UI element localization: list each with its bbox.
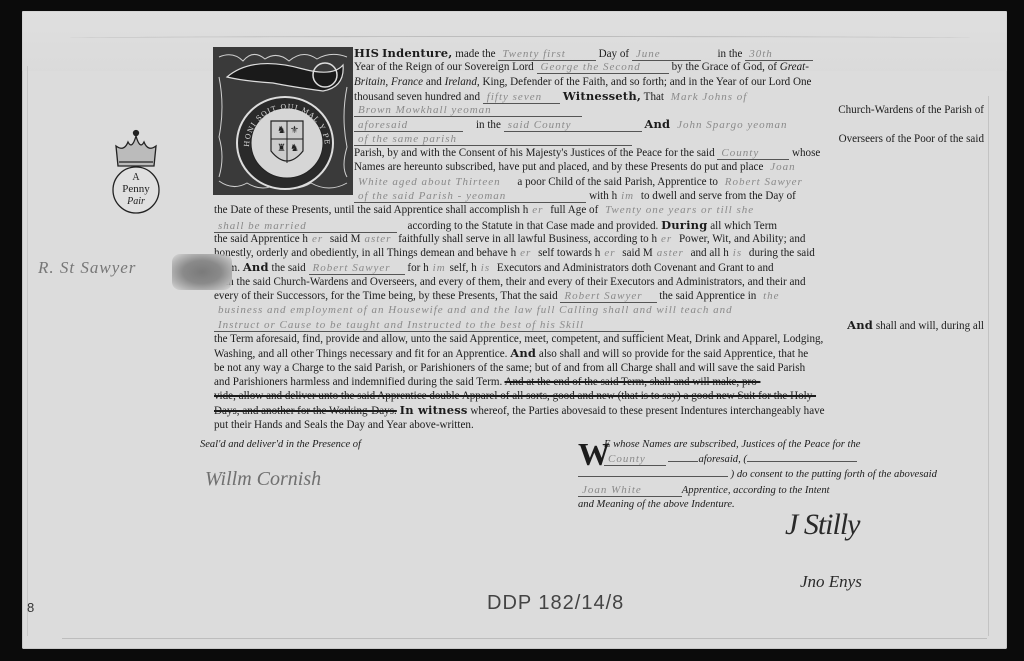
handwritten-instruction-clause: Instruct or Cause to be taught and Instr…: [214, 319, 644, 332]
handwritten-warden-residence: Brown Mowkhall yeoman: [354, 104, 582, 117]
text-line-1: HIS Indenture, made the Twenty first Day…: [214, 46, 984, 60]
handwritten-year: fifty seven: [483, 91, 560, 104]
handwritten-master-residence: of the said Parish - yeoman: [354, 190, 586, 203]
handwritten-day: Twenty first: [498, 48, 595, 61]
text-line-20: Instruct or Cause to be taught and Instr…: [214, 318, 984, 332]
struck-through-apparel-clause: And at the end of the said Term, shall a…: [505, 376, 761, 388]
text-line-26: Days, and another for the Working-Days. …: [214, 403, 984, 417]
page-number: 8: [27, 600, 34, 615]
text-line-7: of the same parish Overseers of the Poor…: [214, 132, 984, 146]
handwritten-parish: aforesaid: [354, 119, 463, 132]
text-line-2: Year of the Reign of our Sovereign Lord …: [214, 60, 984, 74]
handwritten-warden-name: Mark Johns of: [667, 91, 752, 103]
text-line-3: Britain, France and Ireland, King, Defen…: [214, 75, 984, 89]
fold-line-top: [70, 36, 970, 40]
svg-text:Penny: Penny: [122, 183, 150, 195]
text-line-23: be not any way a Charge to the said Pari…: [214, 361, 984, 375]
text-line-21: the Term aforesaid, find, provide and al…: [214, 332, 984, 346]
justices-consent-block: W E whose Names are subscribed, Justices…: [578, 438, 953, 512]
handwritten-apprentice-first-name: Joan: [766, 161, 799, 173]
text-line-19: business and employment of an Housewife …: [214, 303, 984, 317]
handwritten-sovereign: George the Second: [537, 61, 669, 74]
fold-line-right: [988, 96, 989, 636]
archive-reference-number: DDP 182/14/8: [487, 592, 624, 615]
svg-text:Pair: Pair: [126, 196, 145, 207]
text-line-17: with the said Church-Wardens and Oversee…: [214, 275, 984, 289]
text-line-14: the said Apprentice her said Master fait…: [214, 232, 984, 246]
fold-line-left: [27, 66, 28, 636]
text-line-9: Names are hereunto subscribed, have put …: [214, 160, 984, 174]
text-line-13: shall be married according to the Statut…: [214, 218, 984, 232]
text-line-15: honestly, orderly and obediently, in all…: [214, 246, 984, 260]
handwritten-month: June: [632, 48, 701, 61]
text-line-22: Washing, and all other Things necessary …: [214, 346, 984, 360]
text-line-11: of the said Parish - yeoman with him to …: [214, 189, 984, 203]
text-line-4: thousand seven hundred and fifty seven W…: [214, 89, 984, 103]
text-line-16: Term. And the said Robert Sawyer for him…: [214, 260, 984, 274]
witness-signature: Willm Cornish: [205, 468, 321, 491]
svg-text:A: A: [132, 172, 140, 183]
margin-signature: R. St Sawyer: [38, 258, 136, 278]
handwritten-county: said County: [504, 119, 642, 132]
text-line-10: White aged about Thirteen a poor Child o…: [214, 175, 984, 189]
wax-seal: [172, 254, 232, 290]
justice-signature-1: J Stilly: [785, 508, 859, 542]
text-line-25: vide, allow and deliver unto the said Ap…: [214, 389, 984, 403]
text-line-24: and Parishioners harmless and indemnifie…: [214, 375, 984, 389]
text-line-27: put their Hands and Seals the Day and Ye…: [214, 418, 984, 432]
text-line-18: every of their Successors, for the Time …: [214, 289, 984, 303]
text-line-5: Brown Mowkhall yeoman Church-Wardens of …: [214, 103, 984, 117]
text-line-6: aforesaid in the said County And John Sp…: [214, 117, 984, 131]
justices-initial-w: W: [578, 439, 610, 469]
fold-line-bottom: [62, 638, 987, 639]
text-line-8: Parish, by and with the Consent of his M…: [214, 146, 984, 160]
crown-icon: [116, 131, 156, 167]
indenture-body-text: HIS Indenture, made the Twenty first Day…: [214, 46, 984, 432]
penny-pair-tax-stamp: A Penny Pair: [110, 128, 162, 216]
handwritten-term-age: Twenty one years or till she: [601, 204, 758, 216]
text-line-12: the Date of these Presents, until the sa…: [214, 203, 984, 217]
handwritten-master-name: Robert Sawyer: [721, 176, 807, 188]
handwritten-apprentice-name-age: White aged about Thirteen: [354, 176, 505, 188]
witness-label: Seal'd and deliver'd in the Presence of: [200, 439, 361, 450]
handwritten-apprentice-name: Joan White: [578, 484, 682, 497]
handwritten-overseer-parish: of the same parish: [354, 133, 632, 146]
justice-signature-2: Jno Enys: [800, 572, 862, 592]
handwritten-overseer-name: John Spargo yeoman: [673, 119, 791, 131]
handwritten-regnal-year: 30th: [745, 48, 813, 61]
handwritten-trade-clause: business and employment of an Housewife …: [214, 304, 737, 316]
